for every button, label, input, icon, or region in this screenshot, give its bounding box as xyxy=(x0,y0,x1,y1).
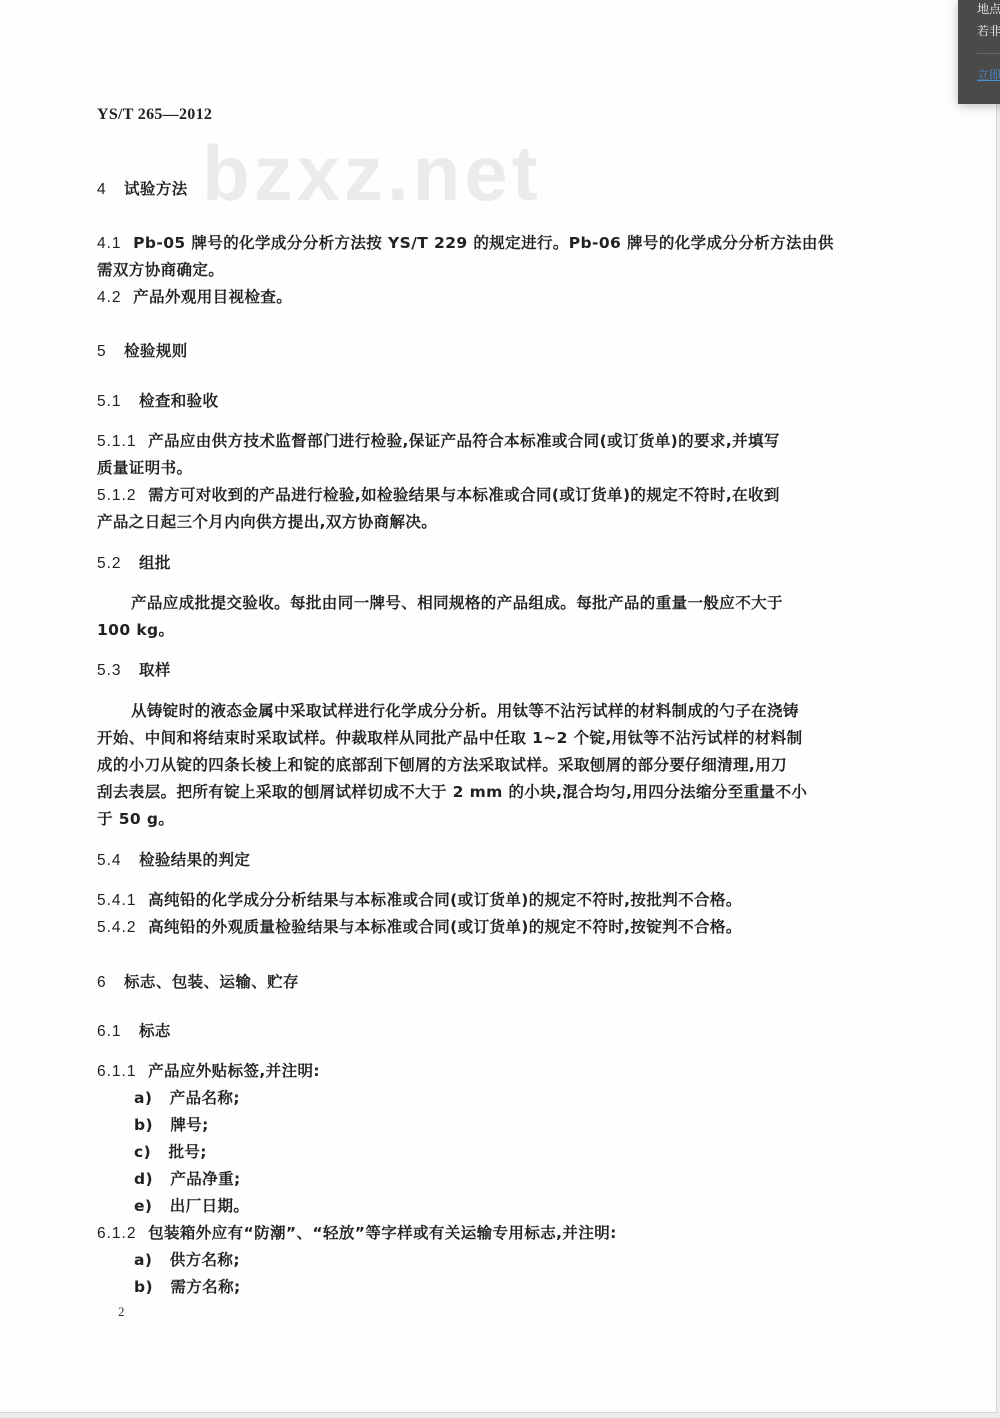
clause-4-1-line-1: 4.1 Pb-05 牌号的化学成分分析方法按 YS/T 229 的规定进行。Pb… xyxy=(97,233,834,254)
notification-popup[interactable]: 地点 若非 立即 xyxy=(958,0,1000,104)
list-item: a) 供方名称; xyxy=(134,1250,240,1270)
clause-5-3-body-line-2: 开始、中间和将结束时采取试样。仲裁取样从同批产品中任取 1~2 个锭,用钛等不沾… xyxy=(97,728,803,748)
document-page: YS/T 265—2012 bzxz.net 4 试验方法 4.1 Pb-05 … xyxy=(0,0,997,1413)
watermark: bzxz.net xyxy=(202,128,542,218)
clause-5-1-2-line-1: 5.1.2 需方可对收到的产品进行检验,如检验结果与本标准或合同(或订货单)的规… xyxy=(97,485,780,506)
clause-5-1-2-line-2: 产品之日起三个月内向供方提出,双方协商解决。 xyxy=(97,512,437,532)
section-4-heading: 4 试验方法 xyxy=(97,179,188,200)
popup-action-link[interactable]: 立即 xyxy=(977,66,1000,83)
section-5-3-heading: 5.3 取样 xyxy=(97,660,171,681)
section-6-heading: 6 标志、包装、运输、贮存 xyxy=(97,972,299,993)
clause-6-1-2: 6.1.2 包装箱外应有“防潮”、“轻放”等字样或有关运输专用标志,并注明: xyxy=(97,1223,617,1244)
clause-5-3-body-line-4: 刮去表层。把所有锭上采取的刨屑试样切成不大于 2 mm 的小块,混合均匀,用四分… xyxy=(97,782,807,802)
section-5-1-heading: 5.1 检查和验收 xyxy=(97,391,218,412)
clause-5-3-body-line-3: 成的小刀从锭的四条长棱上和锭的底部刮下刨屑的方法采取试样。采取刨屑的部分要仔细清… xyxy=(97,755,787,775)
popup-divider xyxy=(977,53,1000,54)
section-5-2-heading: 5.2 组批 xyxy=(97,553,171,574)
list-item: a) 产品名称; xyxy=(134,1088,240,1108)
clause-5-1-1-line-1: 5.1.1 产品应由供方技术监督部门进行检验,保证产品符合本标准或合同(或订货单… xyxy=(97,431,780,452)
list-item: e) 出厂日期。 xyxy=(134,1196,249,1216)
clause-4-2: 4.2 产品外观用目视检查。 xyxy=(97,287,292,308)
clause-5-3-body-line-1: 从铸锭时的液态金属中采取试样进行化学成分分析。用钛等不沾污试样的材料制成的勺子在… xyxy=(131,701,799,721)
list-item: b) 牌号; xyxy=(134,1115,209,1135)
clause-5-4-2: 5.4.2 高纯铅的外观质量检验结果与本标准或合同(或订货单)的规定不符时,按锭… xyxy=(97,917,742,938)
clause-5-1-1-line-2: 质量证明书。 xyxy=(97,458,192,478)
list-item: b) 需方名称; xyxy=(134,1277,241,1297)
clause-5-4-1: 5.4.1 高纯铅的化学成分分析结果与本标准或合同(或订货单)的规定不符时,按批… xyxy=(97,890,742,911)
list-item: c) 批号; xyxy=(134,1142,207,1162)
section-6-1-heading: 6.1 标志 xyxy=(97,1021,171,1042)
popup-line-2: 若非 xyxy=(977,22,1000,39)
standard-number: YS/T 265—2012 xyxy=(97,104,212,124)
section-5-4-heading: 5.4 检验结果的判定 xyxy=(97,850,250,871)
clause-6-1-1: 6.1.1 产品应外贴标签,并注明: xyxy=(97,1061,320,1082)
clause-5-3-body-line-5: 于 50 g。 xyxy=(97,809,174,829)
page-number: 2 xyxy=(118,1304,125,1320)
section-5-heading: 5 检验规则 xyxy=(97,341,188,362)
clause-4-1-line-2: 需双方协商确定。 xyxy=(97,260,224,280)
list-item: d) 产品净重; xyxy=(134,1169,241,1189)
clause-5-2-body-line-2: 100 kg。 xyxy=(97,620,174,640)
clause-5-2-body-line-1: 产品应成批提交验收。每批由同一牌号、相同规格的产品组成。每批产品的重量一般应不大… xyxy=(131,593,783,613)
popup-line-1: 地点 xyxy=(977,0,1000,17)
